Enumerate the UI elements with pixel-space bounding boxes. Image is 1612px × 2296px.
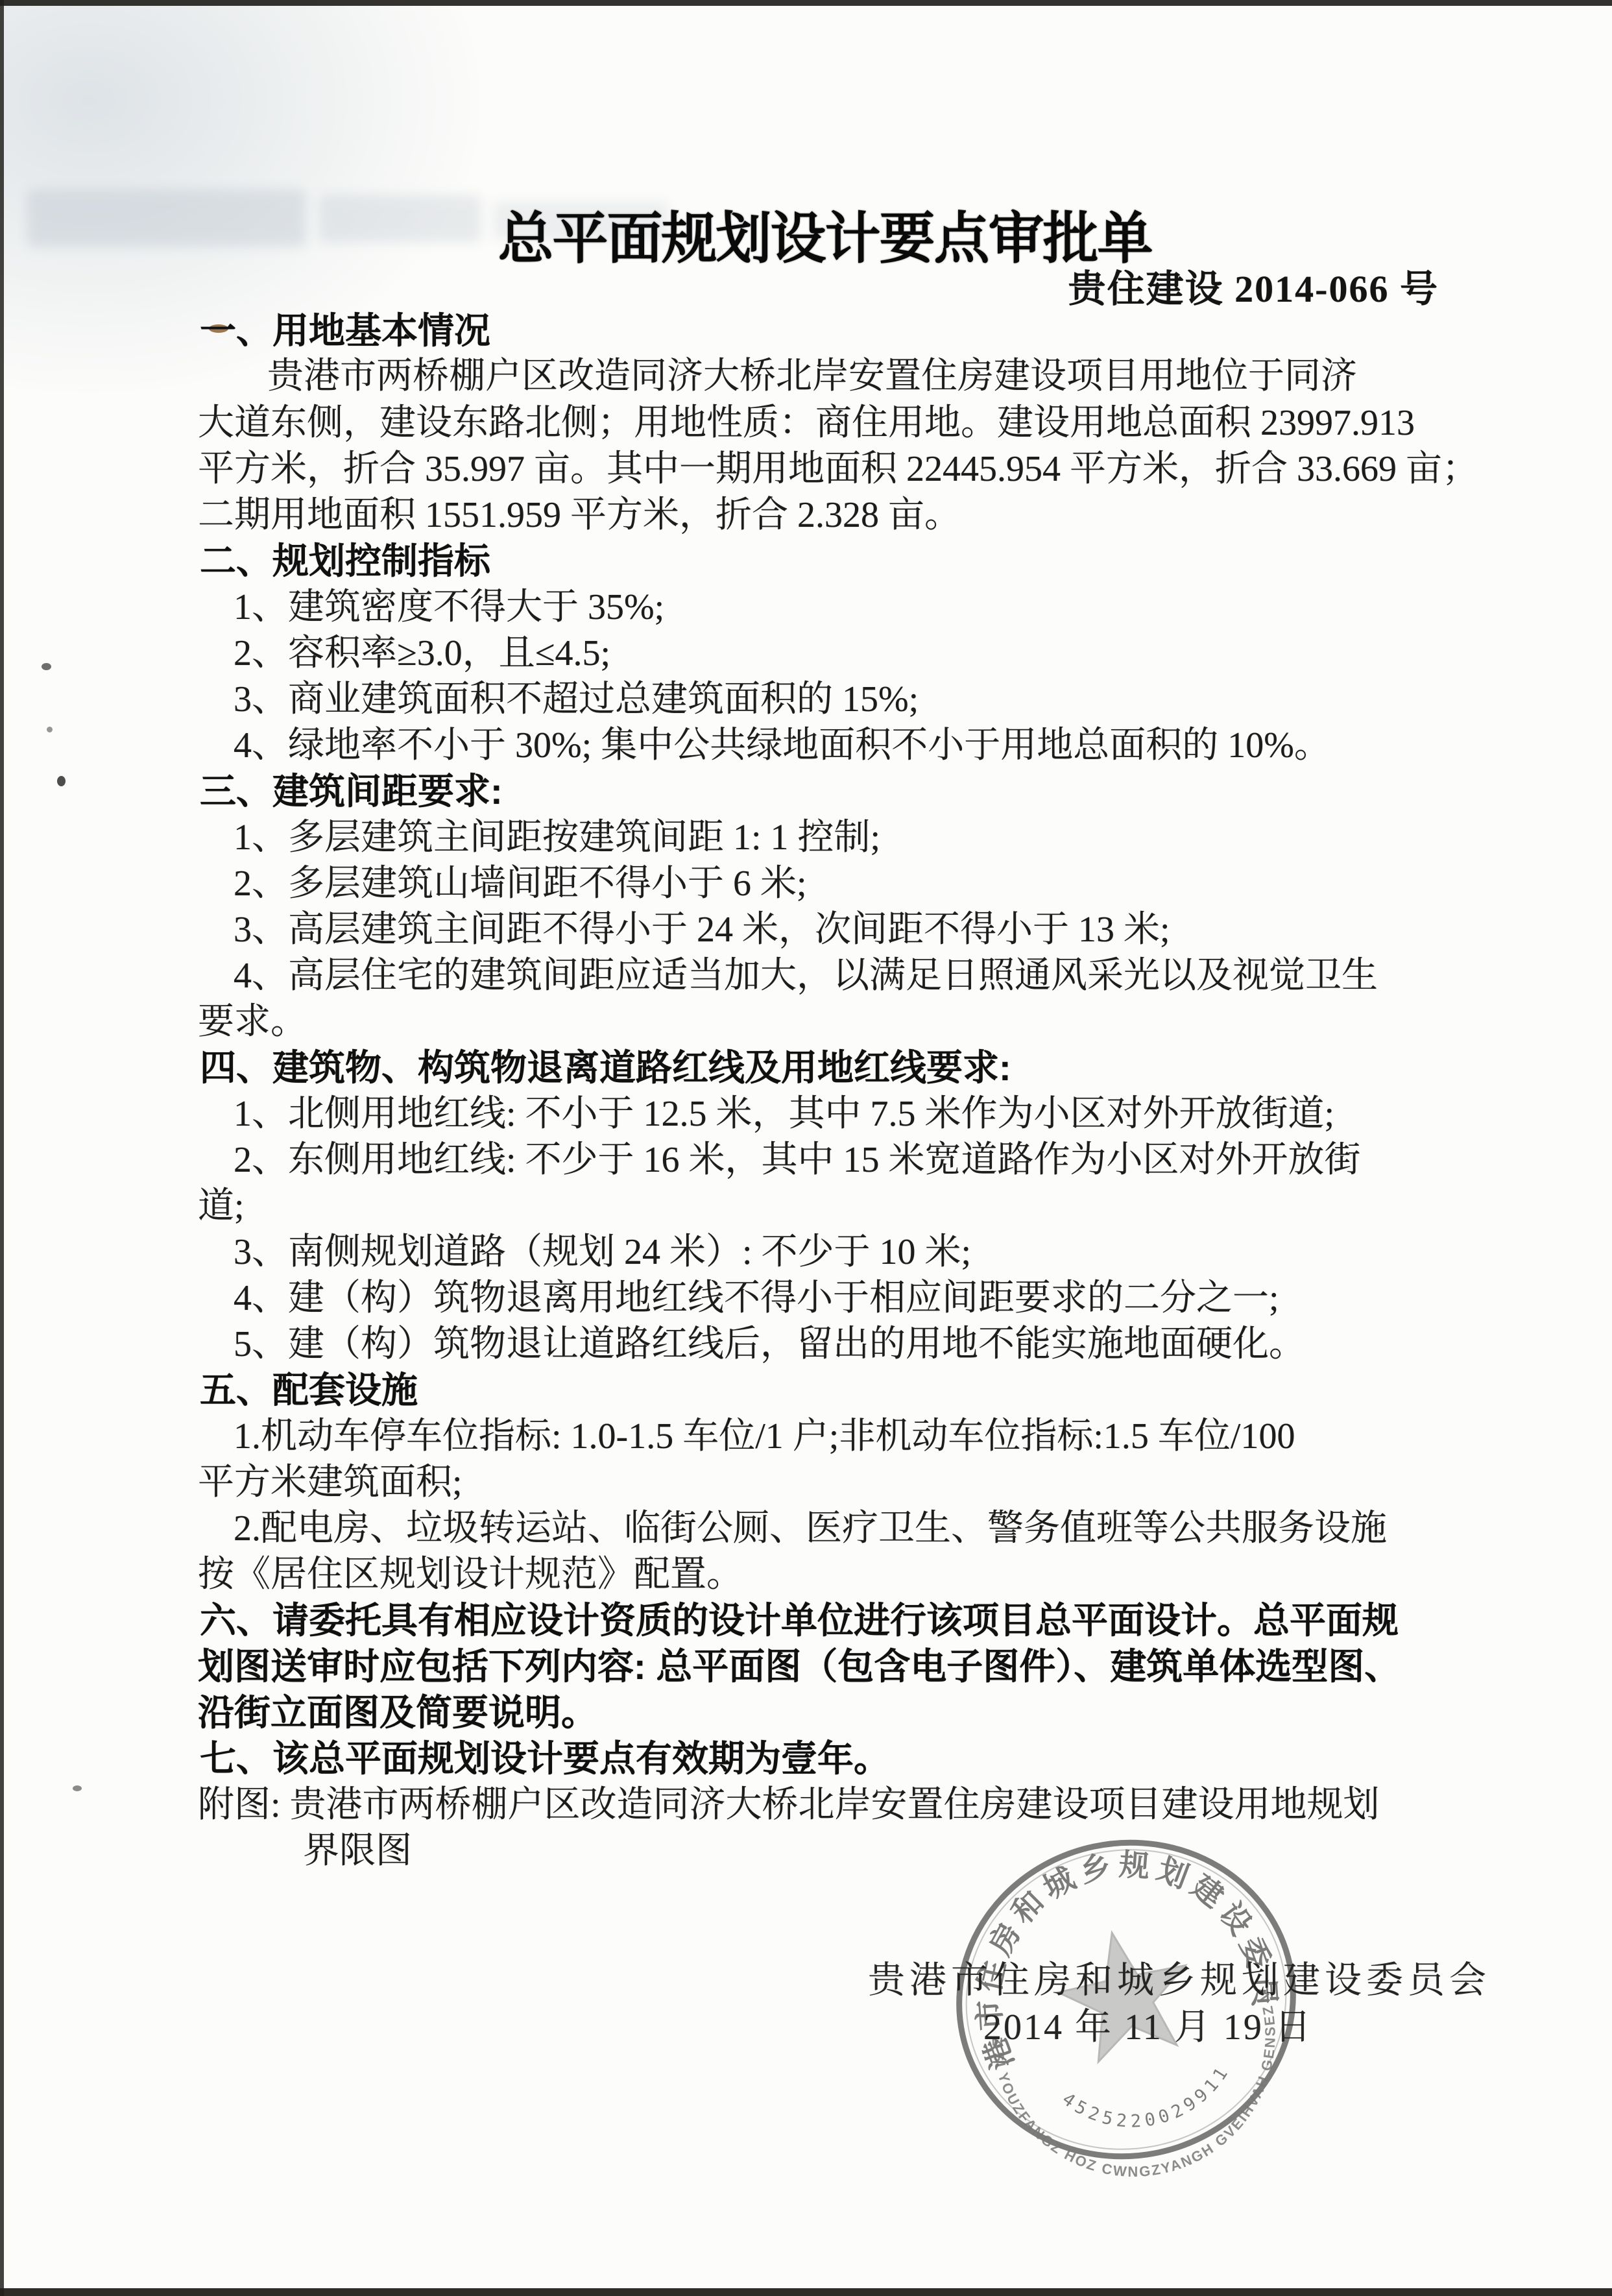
body-line: 按《居住区规划设计规范》配置。 <box>198 1554 743 1595</box>
list-item: 2.配电房、垃圾转运站、临街公厕、医疗卫生、警务值班等公共服务设施 <box>234 1508 1387 1549</box>
list-item: 5、建（构）筑物退让道路红线后，留出的用地不能实施地面硬化。 <box>234 1323 1305 1365</box>
list-item: 3、高层建筑主间距不得小于 24 米，次间距不得小于 13 米; <box>234 909 1170 950</box>
body-line: 大道东侧，建设东路北侧；用地性质：商住用地。建设用地总面积 23997.913 <box>198 402 1415 444</box>
list-item: 1、多层建筑主间距按建筑间距 1: 1 控制; <box>234 817 880 858</box>
list-item: 3、南侧规划道路（规划 24 米）: 不少于 10 米; <box>234 1231 971 1273</box>
list-item: 3、商业建筑面积不超过总建筑面积的 15%; <box>234 679 919 720</box>
issuing-organization: 贵港市住房和城乡规划建设委员会 <box>868 1950 1491 2003</box>
section-heading-6-cont: 划图送审时应包括下列内容: 总平面图（包含电子图件）、建筑单体选型图、 <box>198 1646 1401 1687</box>
list-item: 4、绿地率不小于 30%; 集中公共绿地面积不小于用地总面积的 10%。 <box>234 725 1330 766</box>
list-item: 2、东侧用地红线: 不少于 16 米，其中 15 米宽道路作为小区对外开放街 <box>234 1139 1361 1181</box>
section-heading-5: 五、配套设施 <box>200 1370 418 1411</box>
document-number: 贵住建设 2014-066 号 <box>1068 258 1439 313</box>
ink-speck <box>73 1785 82 1791</box>
section-heading-4: 四、建筑物、构筑物退离道路红线及用地红线要求: <box>200 1047 1011 1089</box>
ink-speck <box>47 727 53 732</box>
section-heading-2: 二、规划控制指标 <box>200 540 490 582</box>
body-line: 贵港市两桥棚户区改造同济大桥北岸安置住房建设项目用地位于同济 <box>267 356 1357 397</box>
scan-edge-top <box>0 0 1612 6</box>
scan-edge-bottom <box>0 2288 1612 2296</box>
list-item: 2、多层建筑山墙间距不得小于 6 米; <box>234 863 807 904</box>
seal-serial-number: 4525220029911 <box>1055 2055 1242 2147</box>
attachment-note-cont: 界限图 <box>303 1830 412 1872</box>
ink-speck <box>57 776 66 786</box>
body-line: 平方米，折合 35.997 亩。其中一期用地面积 22445.954 平方米，折… <box>198 448 1478 490</box>
section-heading-3: 三、建筑间距要求: <box>200 771 503 812</box>
body-line: 平方米建筑面积; <box>198 1462 463 1503</box>
ink-speck <box>42 663 51 670</box>
list-item: 4、高层住宅的建筑间距应适当加大，以满足日照通风采光以及视觉卫生 <box>234 955 1378 997</box>
list-item: 1、建筑密度不得大于 35%; <box>234 586 664 628</box>
section-heading-7: 七、该总平面规划设计要点有效期为壹年。 <box>200 1738 890 1780</box>
body-line: 道; <box>198 1185 245 1227</box>
scanned-document-page: 总平面规划设计要点审批单 贵住建设 2014-066 号 一、用地基本情况 贵港… <box>0 0 1612 2296</box>
list-item: 1.机动车停车位指标: 1.0-1.5 车位/1 户;非机动车位指标:1.5 车… <box>234 1416 1295 1457</box>
issue-date: 2014 年 11 月 19 日 <box>983 1998 1313 2050</box>
section-heading-1: 一、用地基本情况 <box>200 310 490 352</box>
attachment-note: 附图: 贵港市两桥棚户区改造同济大桥北岸安置住房建设项目建设用地规划 <box>198 1784 1380 1826</box>
scan-edge-left <box>0 0 4 2296</box>
body-line: 要求。 <box>198 1001 307 1043</box>
section-heading-6-cont: 沿街立面图及简要说明。 <box>198 1692 597 1734</box>
list-item: 4、建（构）筑物退离用地红线不得小于相应间距要求的二分之一; <box>234 1277 1279 1319</box>
body-line: 二期用地面积 1551.959 平方米，折合 2.328 亩。 <box>198 494 961 536</box>
list-item: 1、北侧用地红线: 不小于 12.5 米，其中 7.5 米作为小区对外开放街道; <box>234 1093 1334 1135</box>
list-item: 2、容积率≥3.0，且≤4.5; <box>234 633 610 674</box>
section-heading-6: 六、请委托具有相应设计资质的设计单位进行该项目总平面设计。总平面规 <box>200 1600 1399 1641</box>
svg-text:4525220029911: 4525220029911 <box>1055 2055 1242 2147</box>
